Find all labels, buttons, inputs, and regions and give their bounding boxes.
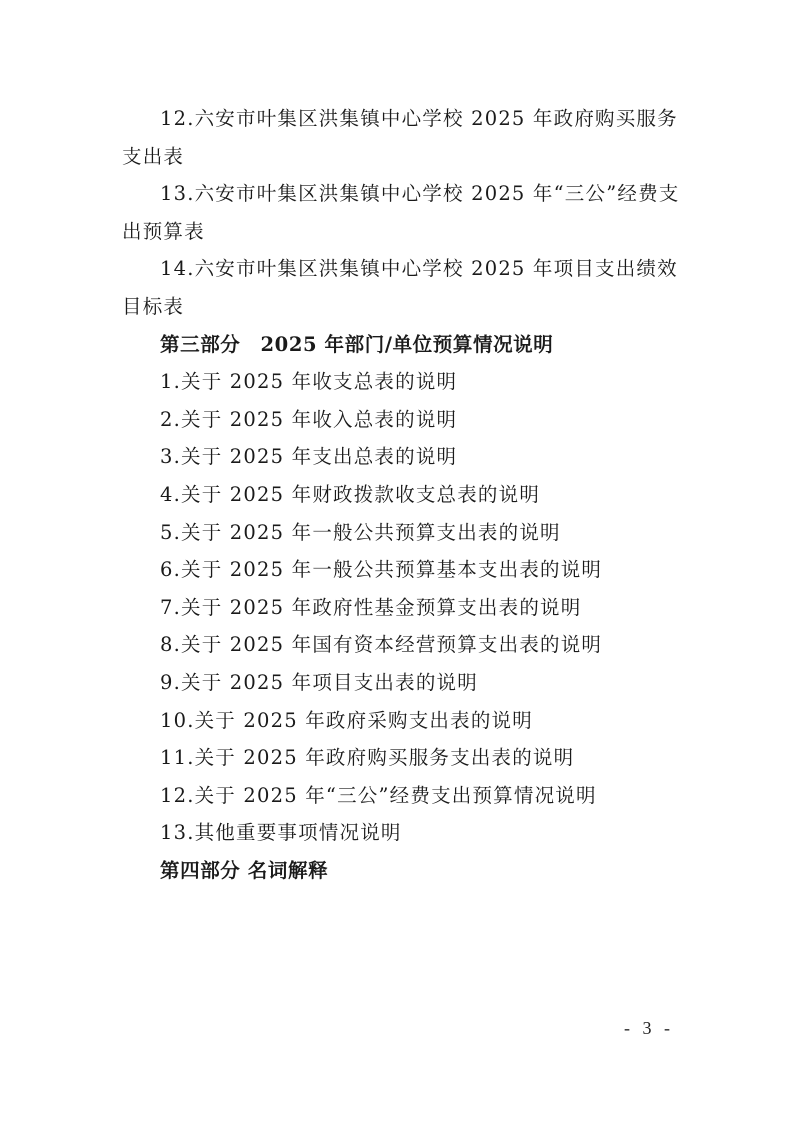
toc-item-table-12-cont: 支出表 xyxy=(122,138,674,176)
page-number: - 3 - xyxy=(624,1018,674,1039)
toc-item-table-12: 12.六安市叶集区洪集镇中心学校 2025 年政府购买服务 xyxy=(122,100,674,138)
section-heading-part-3: 第三部分 2025 年部门/单位预算情况说明 xyxy=(122,326,674,364)
toc-item-explanation-6: 6.关于 2025 年一般公共预算基本支出表的说明 xyxy=(122,551,674,589)
toc-item-explanation-5: 5.关于 2025 年一般公共预算支出表的说明 xyxy=(122,514,674,552)
toc-item-table-14: 14.六安市叶集区洪集镇中心学校 2025 年项目支出绩效 xyxy=(122,250,674,288)
toc-item-table-13-cont: 出预算表 xyxy=(122,213,674,251)
toc-item-explanation-3: 3.关于 2025 年支出总表的说明 xyxy=(122,438,674,476)
toc-item-explanation-12: 12.关于 2025 年“三公”经费支出预算情况说明 xyxy=(122,777,674,815)
section-heading-part-4: 第四部分 名词解释 xyxy=(122,852,674,890)
toc-item-explanation-13: 13.其他重要事项情况说明 xyxy=(122,814,674,852)
toc-item-explanation-11: 11.关于 2025 年政府购买服务支出表的说明 xyxy=(122,739,674,777)
toc-item-explanation-2: 2.关于 2025 年收入总表的说明 xyxy=(122,401,674,439)
toc-item-table-13: 13.六安市叶集区洪集镇中心学校 2025 年“三公”经费支 xyxy=(122,175,674,213)
toc-item-table-14-cont: 目标表 xyxy=(122,288,674,326)
toc-item-explanation-9: 9.关于 2025 年项目支出表的说明 xyxy=(122,664,674,702)
table-of-contents: 12.六安市叶集区洪集镇中心学校 2025 年政府购买服务 支出表 13.六安市… xyxy=(122,100,674,889)
toc-item-explanation-4: 4.关于 2025 年财政拨款收支总表的说明 xyxy=(122,476,674,514)
toc-item-explanation-10: 10.关于 2025 年政府采购支出表的说明 xyxy=(122,702,674,740)
toc-item-explanation-8: 8.关于 2025 年国有资本经营预算支出表的说明 xyxy=(122,626,674,664)
toc-item-explanation-7: 7.关于 2025 年政府性基金预算支出表的说明 xyxy=(122,589,674,627)
document-page: 12.六安市叶集区洪集镇中心学校 2025 年政府购买服务 支出表 13.六安市… xyxy=(0,0,793,1122)
toc-item-explanation-1: 1.关于 2025 年收支总表的说明 xyxy=(122,363,674,401)
